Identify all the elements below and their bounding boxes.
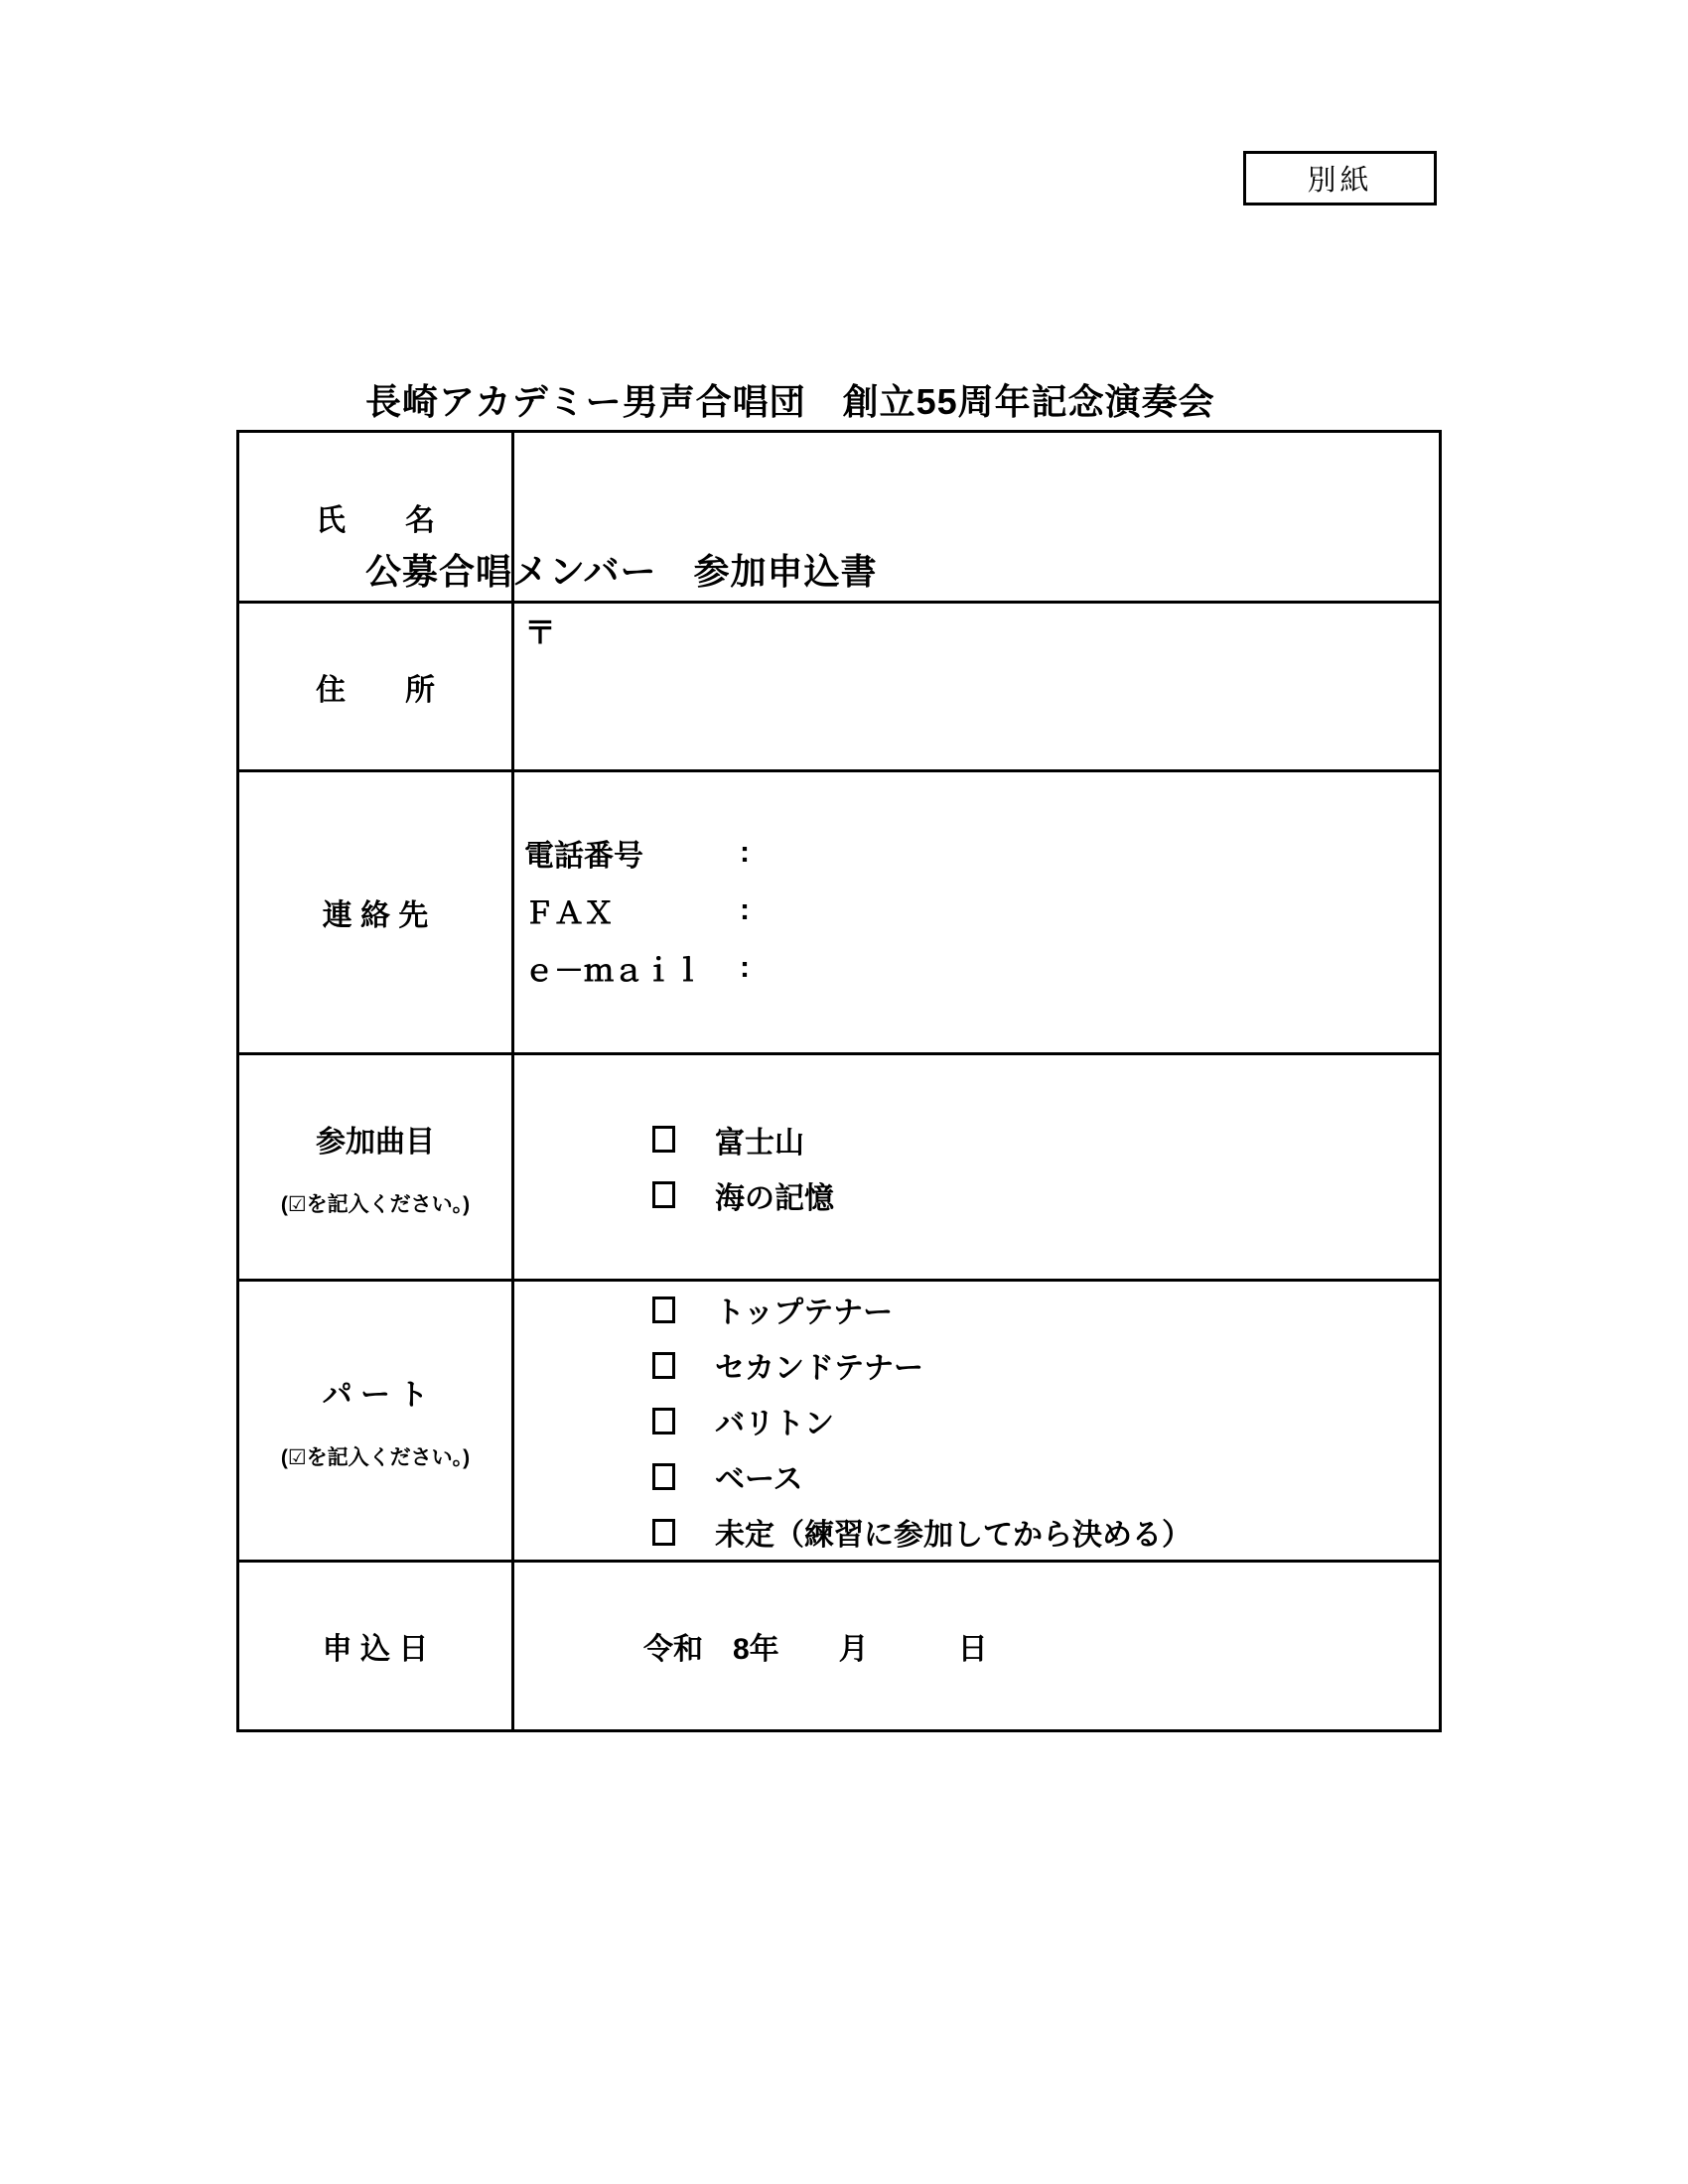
part-option-label: ベース	[715, 1454, 803, 1498]
songs-checkbox-note: (☑を記入ください。)	[281, 1188, 470, 1218]
song-option-label: 海の記憶	[715, 1173, 834, 1217]
table-row-date: 申 込 日 令和 8年 月 日	[239, 1563, 1439, 1729]
contact-input-area: 電話番号 : ＦＡＸ : ｅ－ｍａｉｌ :	[514, 772, 1439, 1052]
part-option-label: セカンドテナー	[715, 1343, 923, 1387]
attachment-tag-box: 別紙	[1243, 151, 1437, 205]
checkbox-icon	[652, 1126, 675, 1153]
postal-mark-icon: 〒	[524, 608, 556, 653]
part-option-label: 未定（練習に参加してから決める）	[715, 1510, 1192, 1554]
address-label-cell: 住 所	[239, 604, 514, 769]
name-label-cell: 氏 名	[239, 433, 514, 601]
part-options-list: トップテナー セカンドテナー バリトン ベース 未定（練習に参加してから決める）	[514, 1282, 1439, 1560]
part-options-area: トップテナー セカンドテナー バリトン ベース 未定（練習に参加してから決める）	[514, 1282, 1439, 1560]
email-label: ｅ－ｍａｉｌ	[524, 946, 740, 990]
part-option-top-tenor: トップテナー	[652, 1282, 1439, 1337]
table-row-part: パ ー ト (☑を記入ください。) トップテナー セカンドテナー バリトン	[239, 1282, 1439, 1563]
address-field-label: 住 所	[316, 665, 435, 709]
checkbox-icon	[652, 1181, 675, 1208]
table-row-songs: 参加曲目 (☑を記入ください。) 富士山 海の記憶	[239, 1055, 1439, 1282]
table-row-address: 住 所 〒	[239, 604, 1439, 772]
songs-options-list: 富士山 海の記憶	[514, 1055, 1439, 1279]
part-option-label: バリトン	[715, 1399, 834, 1442]
song-option-label: 富士山	[715, 1118, 804, 1161]
table-row-contact: 連 絡 先 電話番号 : ＦＡＸ : ｅ－ｍａｉｌ :	[239, 772, 1439, 1055]
date-input-area: 令和 8年 月 日	[514, 1563, 1439, 1729]
part-option-label: トップテナー	[715, 1288, 893, 1331]
part-option-baritone: バリトン	[652, 1393, 1439, 1448]
date-field-label: 申 込 日	[323, 1624, 429, 1668]
contact-field-label: 連 絡 先	[323, 890, 429, 934]
fax-colon: :	[740, 893, 750, 927]
contact-line-fax: ＦＡＸ :	[524, 882, 1439, 939]
contact-line-phone: 電話番号 :	[524, 824, 1439, 882]
attachment-tag-label: 別紙	[1307, 158, 1372, 199]
part-label-cell: パ ー ト (☑を記入ください。)	[239, 1282, 514, 1560]
part-option-second-tenor: セカンドテナー	[652, 1337, 1439, 1393]
fax-label: ＦＡＸ	[524, 888, 740, 932]
song-option-fujisan: 富士山	[652, 1112, 1439, 1167]
phone-colon: :	[740, 836, 750, 870]
application-date-value: 令和 8年 月 日	[514, 1563, 1439, 1729]
checkbox-icon	[652, 1463, 675, 1490]
songs-field-label: 参加曲目	[316, 1117, 435, 1160]
address-input-area: 〒	[514, 604, 1439, 769]
name-field-label: 氏 名	[316, 495, 435, 539]
part-option-bass: ベース	[652, 1448, 1439, 1504]
checkbox-icon	[652, 1408, 675, 1434]
application-form-table: 氏 名 住 所 〒 連 絡 先 電話番号 : ＦＡＸ :	[236, 430, 1442, 1732]
part-checkbox-note: (☑を記入ください。)	[281, 1441, 470, 1471]
songs-options-area: 富士山 海の記憶	[514, 1055, 1439, 1279]
contact-label-cell: 連 絡 先	[239, 772, 514, 1052]
checkbox-icon	[652, 1519, 675, 1546]
title-line-1: 長崎アカデミー男声合唱団 創立55周年記念演奏会	[365, 373, 1215, 430]
table-row-name: 氏 名	[239, 433, 1439, 604]
checkbox-icon	[652, 1352, 675, 1379]
part-field-label: パ ー ト	[323, 1370, 429, 1414]
checkbox-icon	[652, 1297, 675, 1323]
song-option-uminokioku: 海の記憶	[652, 1167, 1439, 1223]
songs-label-cell: 参加曲目 (☑を記入ください。)	[239, 1055, 514, 1279]
contact-line-email: ｅ－ｍａｉｌ :	[524, 939, 1439, 997]
name-input-area	[514, 433, 1439, 601]
contact-lines: 電話番号 : ＦＡＸ : ｅ－ｍａｉｌ :	[514, 772, 1439, 997]
date-label-cell: 申 込 日	[239, 1563, 514, 1729]
part-option-undecided: 未定（練習に参加してから決める）	[652, 1504, 1439, 1560]
email-colon: :	[740, 951, 750, 985]
phone-label: 電話番号	[524, 831, 740, 875]
